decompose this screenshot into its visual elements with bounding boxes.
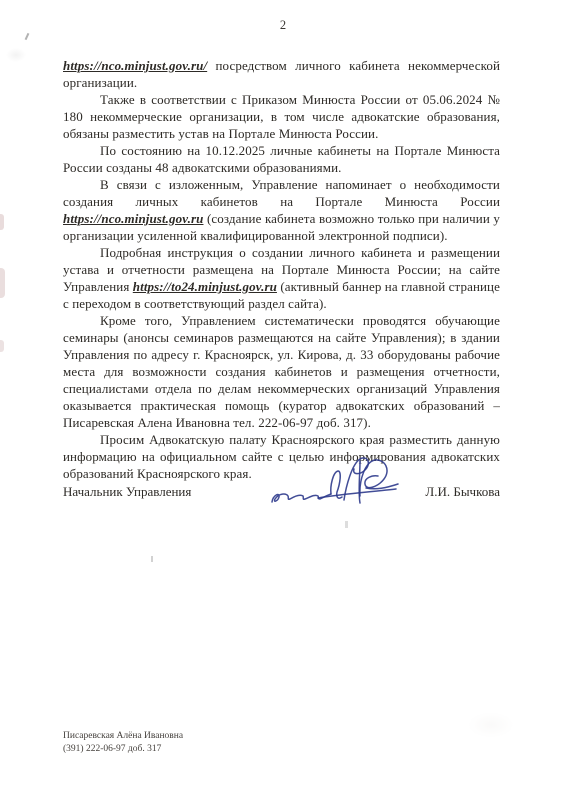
executor-name: Писаревская Алёна Ивановна	[63, 730, 183, 743]
scan-artifact	[0, 214, 4, 230]
signer-position-title: Начальник Управления	[63, 484, 191, 500]
scan-artifact	[0, 340, 4, 352]
paragraph-5: Подробная инструкция о создании личного …	[63, 244, 500, 312]
paragraph-2: Также в соответствии с Приказом Минюста …	[63, 91, 500, 142]
letter-body: https://nco.minjust.gov.ru/ посредством …	[63, 57, 500, 482]
scanned-letter-page: 2 https://nco.minjust.gov.ru/ посредство…	[0, 0, 566, 800]
scan-artifact	[468, 712, 514, 738]
paragraph-6: Кроме того, Управлением систематически п…	[63, 312, 500, 431]
paragraph-4: В связи с изложенным, Управление напомин…	[63, 176, 500, 244]
page-number: 2	[0, 18, 566, 33]
link-to24-minjust-url[interactable]: https://to24.minjust.gov.ru	[133, 279, 277, 294]
scan-artifact	[0, 268, 5, 298]
scan-artifact	[25, 33, 30, 40]
scan-artifact	[345, 521, 348, 528]
link-nco-minjust-url[interactable]: https://nco.minjust.gov.ru/	[63, 58, 207, 73]
signer-name: Л.И. Бычкова	[425, 484, 500, 500]
paragraph-3: По состоянию на 10.12.2025 личные кабине…	[63, 142, 500, 176]
paragraph-4-text-before: В связи с изложенным, Управление напомин…	[63, 177, 500, 209]
scan-artifact	[151, 556, 153, 562]
link-nco-minjust-url-2[interactable]: https://nco.minjust.gov.ru	[63, 211, 203, 226]
executor-contact-block: Писаревская Алёна Ивановна (391) 222-06-…	[63, 730, 183, 756]
executor-phone: (391) 222-06-97 доб. 317	[63, 743, 183, 756]
handwritten-signature-ink	[254, 444, 402, 516]
paragraph-1: https://nco.minjust.gov.ru/ посредством …	[63, 57, 500, 91]
scan-artifact	[6, 48, 26, 62]
